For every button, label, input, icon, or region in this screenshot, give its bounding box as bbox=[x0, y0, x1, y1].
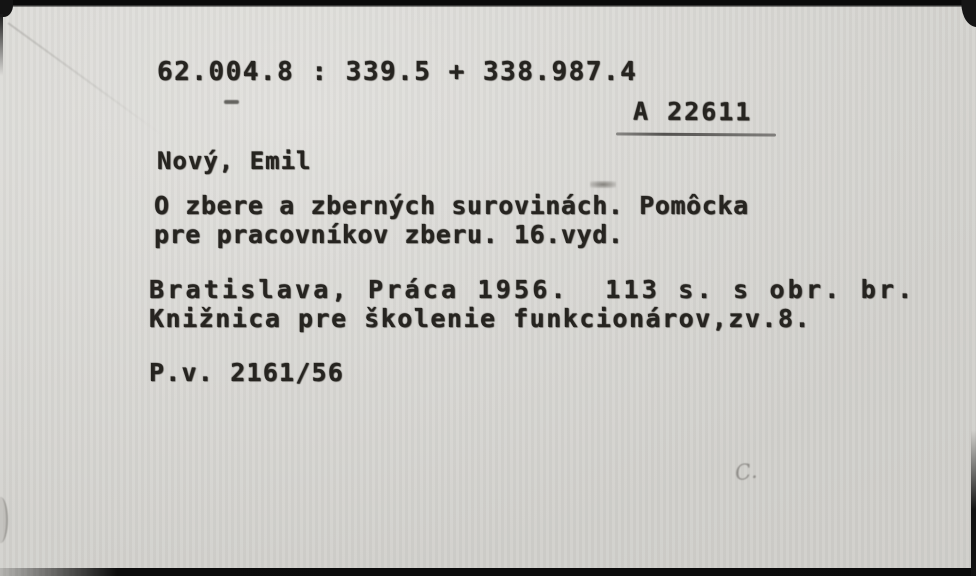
right-edge-strip bbox=[971, 430, 976, 576]
call-number-line: 62.004.8 : 339.5 + 338.987.4 bbox=[157, 59, 637, 85]
title-line-2: pre pracovníkov zberu. 16.vyd. bbox=[154, 222, 624, 247]
top-right-corner-fold bbox=[958, 0, 976, 27]
paper-crease-line bbox=[7, 22, 162, 135]
left-edge-notch-shadow bbox=[0, 497, 8, 543]
accession-underline bbox=[616, 132, 776, 136]
catalog-card-scan: 62.004.8 : 339.5 + 338.987.4 A 22611 Nov… bbox=[0, 0, 976, 576]
imprint-line-1: Bratislava, Práca 1956. 113 s. s obr. br… bbox=[149, 277, 916, 302]
left-edge-sliver bbox=[0, 14, 3, 76]
bottom-edge-bar bbox=[0, 568, 976, 576]
author-line: Nový, Emil bbox=[157, 149, 312, 173]
ink-smudge-artifact bbox=[590, 181, 616, 188]
title-line-1: O zbere a zberných surovinách. Pomôcka bbox=[154, 193, 749, 218]
pencil-mark: C. bbox=[733, 459, 758, 486]
top-edge-bar bbox=[0, 0, 976, 7]
ink-dash-artifact bbox=[224, 100, 239, 104]
accession-number: A 22611 bbox=[633, 99, 752, 125]
record-number-line: P.v. 2161/56 bbox=[149, 360, 344, 385]
imprint-line-2: Knižnica pre školenie funkcionárov,zv.8. bbox=[149, 306, 811, 331]
